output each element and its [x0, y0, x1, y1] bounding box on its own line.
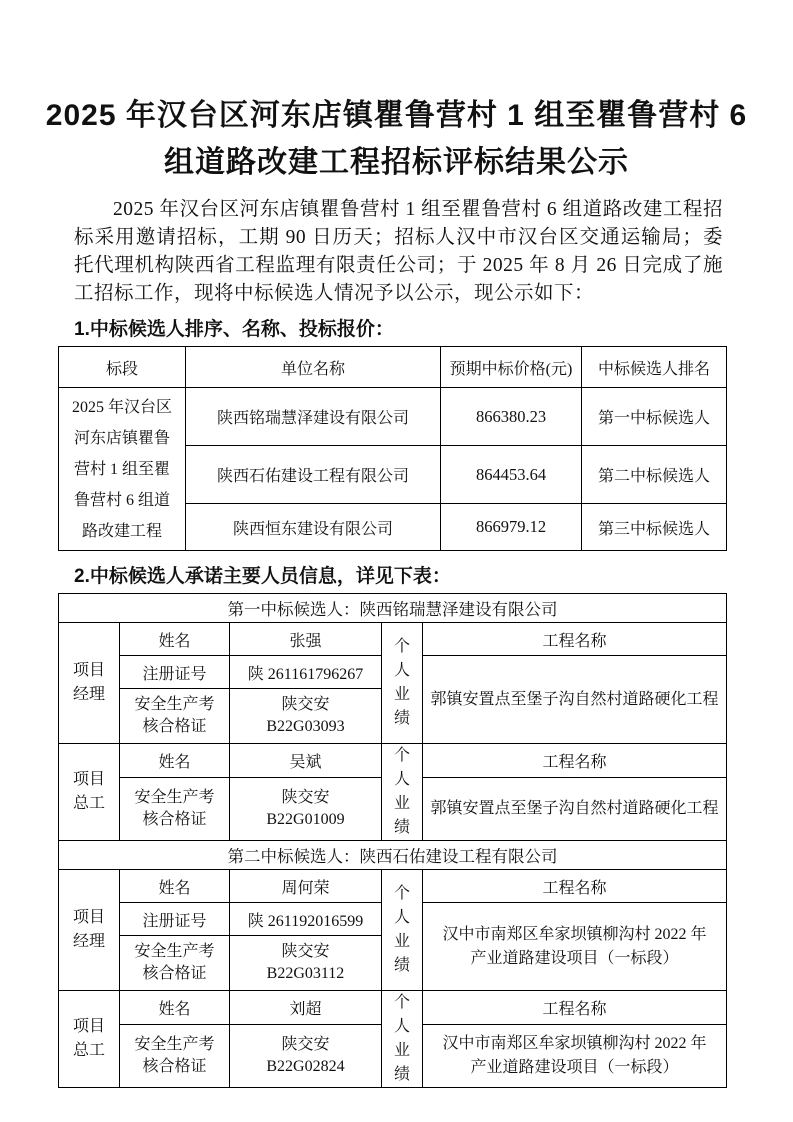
label-name: 姓名 — [120, 623, 230, 656]
label-personal-achievement: 个 人 业 绩 — [382, 623, 423, 744]
section1-heading: 1.中标候选人排序、名称、投标报价： — [74, 314, 733, 341]
value-safety-cert: 陕交安 B22G02824 — [230, 1025, 382, 1088]
label-safety-cert: 安全生产考 核合格证 — [120, 936, 230, 991]
intro-paragraph: 2025 年汉台区河东店镇瞿鲁营村 1 组至瞿鲁营村 6 组道路改建工程招标采用… — [74, 196, 723, 308]
label-safety-cert: 安全生产考 核合格证 — [120, 1025, 230, 1088]
rank-cell: 第二中标候选人 — [582, 446, 727, 504]
value-project-name: 汉中市南郑区牟家坝镇柳沟村 2022 年 产业道路建设项目（一标段） — [423, 903, 727, 991]
bid-result-table: 标段 单位名称 预期中标价格(元) 中标候选人排名 2025 年汉台区 河东店镇… — [58, 346, 727, 551]
label-name: 姓名 — [120, 744, 230, 778]
role-project-manager: 项目 经理 — [59, 623, 120, 744]
label-personal-achievement: 个 人 业 绩 — [382, 991, 423, 1088]
label-project-name: 工程名称 — [423, 744, 727, 778]
label-name: 姓名 — [120, 991, 230, 1025]
company-cell: 陕西恒东建设有限公司 — [186, 504, 441, 551]
value-name: 张强 — [230, 623, 382, 656]
rank-cell: 第三中标候选人 — [582, 504, 727, 551]
header-price: 预期中标价格(元) — [441, 347, 582, 388]
candidate2-header: 第二中标候选人：陕西石佑建设工程有限公司 — [59, 841, 727, 870]
bid-section-cell: 2025 年汉台区 河东店镇瞿鲁 营村 1 组至瞿 鲁营村 6 组道 路改建工程 — [59, 388, 186, 551]
label-reg-no: 注册证号 — [120, 656, 230, 689]
table-row: 项目 总工 姓名 吴斌 个 人 业 绩 工程名称 — [59, 744, 727, 778]
document-page: 2025 年汉台区河东店镇瞿鲁营村 1 组至瞿鲁营村 6 组道路改建工程招标评标… — [0, 92, 793, 1088]
table-row: 项目 经理 姓名 张强 个 人 业 绩 工程名称 — [59, 623, 727, 656]
value-name: 周何荣 — [230, 870, 382, 903]
candidate1-header: 第一中标候选人：陕西铭瑞慧泽建设有限公司 — [59, 594, 727, 623]
value-safety-cert: 陕交安 B22G01009 — [230, 778, 382, 841]
price-cell: 866380.23 — [441, 388, 582, 446]
value-project-name: 汉中市南郑区牟家坝镇柳沟村 2022 年 产业道路建设项目（一标段） — [423, 1025, 727, 1088]
role-chief-engineer: 项目 总工 — [59, 744, 120, 841]
value-safety-cert: 陕交安 B22G03093 — [230, 689, 382, 744]
personnel-table: 第一中标候选人：陕西铭瑞慧泽建设有限公司 项目 经理 姓名 张强 个 人 业 绩… — [58, 593, 727, 1088]
label-personal-achievement: 个 人 业 绩 — [382, 870, 423, 991]
value-project-name: 郭镇安置点至堡子沟自然村道路硬化工程 — [423, 656, 727, 744]
table-row: 项目 总工 姓名 刘超 个 人 业 绩 工程名称 — [59, 991, 727, 1025]
label-personal-achievement: 个 人 业 绩 — [382, 744, 423, 841]
label-name: 姓名 — [120, 870, 230, 903]
price-cell: 864453.64 — [441, 446, 582, 504]
value-reg-no: 陕 261161796267 — [230, 656, 382, 689]
label-reg-no: 注册证号 — [120, 903, 230, 936]
table-row: 2025 年汉台区 河东店镇瞿鲁 营村 1 组至瞿 鲁营村 6 组道 路改建工程… — [59, 388, 727, 446]
label-project-name: 工程名称 — [423, 623, 727, 656]
section2-heading: 2.中标候选人承诺主要人员信息，详见下表： — [74, 561, 733, 588]
company-cell: 陕西铭瑞慧泽建设有限公司 — [186, 388, 441, 446]
header-section: 标段 — [59, 347, 186, 388]
rank-cell: 第一中标候选人 — [582, 388, 727, 446]
value-name: 刘超 — [230, 991, 382, 1025]
price-cell: 866979.12 — [441, 504, 582, 551]
label-project-name: 工程名称 — [423, 870, 727, 903]
table-row: 项目 经理 姓名 周何荣 个 人 业 绩 工程名称 — [59, 870, 727, 903]
value-name: 吴斌 — [230, 744, 382, 778]
value-safety-cert: 陕交安 B22G03112 — [230, 936, 382, 991]
header-company: 单位名称 — [186, 347, 441, 388]
label-safety-cert: 安全生产考 核合格证 — [120, 689, 230, 744]
company-cell: 陕西石佑建设工程有限公司 — [186, 446, 441, 504]
bid-table-header-row: 标段 单位名称 预期中标价格(元) 中标候选人排名 — [59, 347, 727, 388]
candidate2-header-row: 第二中标候选人：陕西石佑建设工程有限公司 — [59, 841, 727, 870]
value-project-name: 郭镇安置点至堡子沟自然村道路硬化工程 — [423, 778, 727, 841]
page-title: 2025 年汉台区河东店镇瞿鲁营村 1 组至瞿鲁营村 6 组道路改建工程招标评标… — [34, 92, 759, 186]
role-chief-engineer: 项目 总工 — [59, 991, 120, 1088]
role-project-manager: 项目 经理 — [59, 870, 120, 991]
label-safety-cert: 安全生产考 核合格证 — [120, 778, 230, 841]
label-project-name: 工程名称 — [423, 991, 727, 1025]
header-rank: 中标候选人排名 — [582, 347, 727, 388]
value-reg-no: 陕 261192016599 — [230, 903, 382, 936]
candidate1-header-row: 第一中标候选人：陕西铭瑞慧泽建设有限公司 — [59, 594, 727, 623]
